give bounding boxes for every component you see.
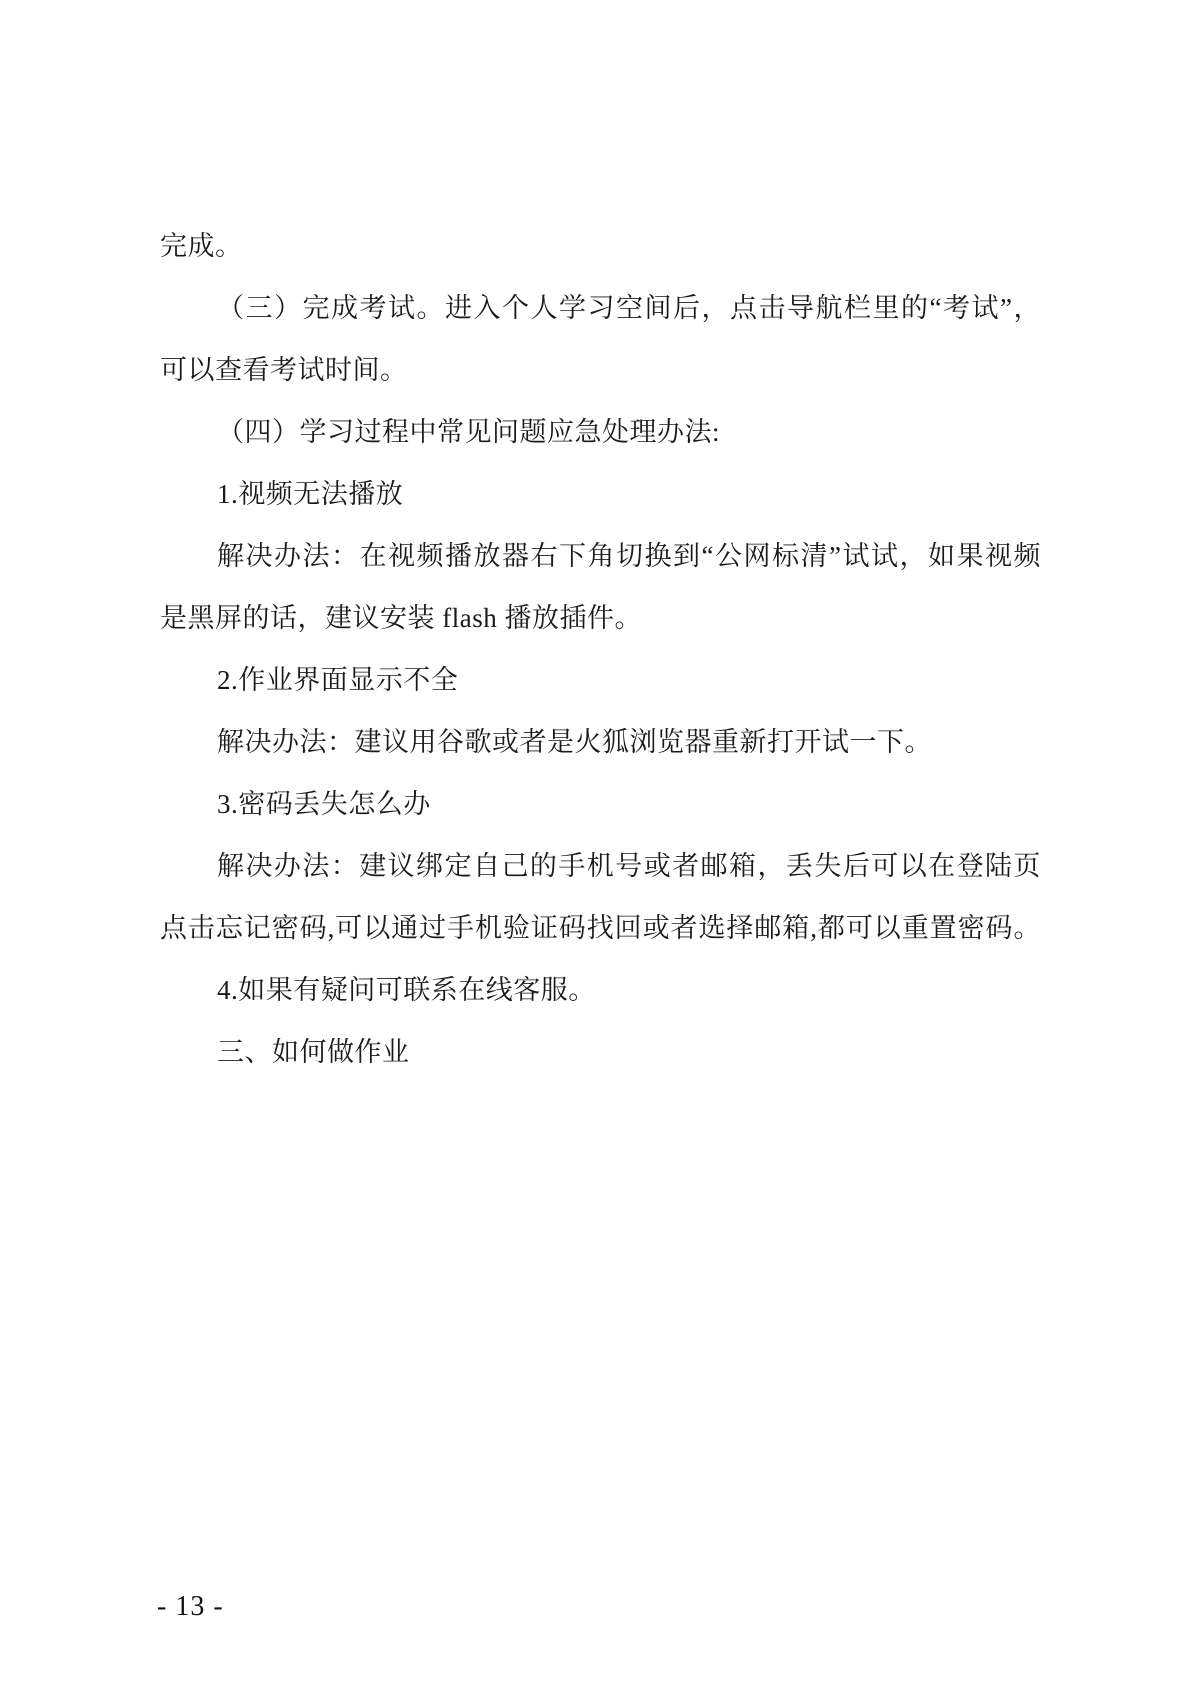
text-line: （三）完成考试。进入个人学习空间后，点击导航栏里的“考试”，: [160, 277, 1041, 339]
text-line: 点击忘记密码,可以通过手机验证码找回或者选择邮箱,都可以重置密码。: [160, 897, 1041, 959]
text-line: 4.如果有疑问可联系在线客服。: [160, 959, 1041, 1021]
document-page: 完成。（三）完成考试。进入个人学习空间后，点击导航栏里的“考试”，可以查看考试时…: [0, 0, 1191, 1684]
text-line: （四）学习过程中常见问题应急处理办法:: [160, 401, 1041, 463]
page-number: - 13 -: [157, 1590, 224, 1624]
text-line: 1.视频无法播放: [160, 463, 1041, 525]
document-body: 完成。（三）完成考试。进入个人学习空间后，点击导航栏里的“考试”，可以查看考试时…: [160, 215, 1041, 1083]
text-line: 解决办法：建议绑定自己的手机号或者邮箱，丢失后可以在登陆页面: [160, 835, 1041, 897]
text-line: 三、如何做作业: [160, 1021, 1041, 1083]
text-line: 可以查看考试时间。: [160, 339, 1041, 401]
text-line: 解决办法：建议用谷歌或者是火狐浏览器重新打开试一下。: [160, 711, 1041, 773]
text-line: 是黑屏的话，建议安装 flash 播放插件。: [160, 587, 1041, 649]
text-line: 解决办法：在视频播放器右下角切换到“公网标清”试试，如果视频: [160, 525, 1041, 587]
text-line: 完成。: [160, 215, 1041, 277]
text-line: 2.作业界面显示不全: [160, 649, 1041, 711]
text-line: 3.密码丢失怎么办: [160, 773, 1041, 835]
